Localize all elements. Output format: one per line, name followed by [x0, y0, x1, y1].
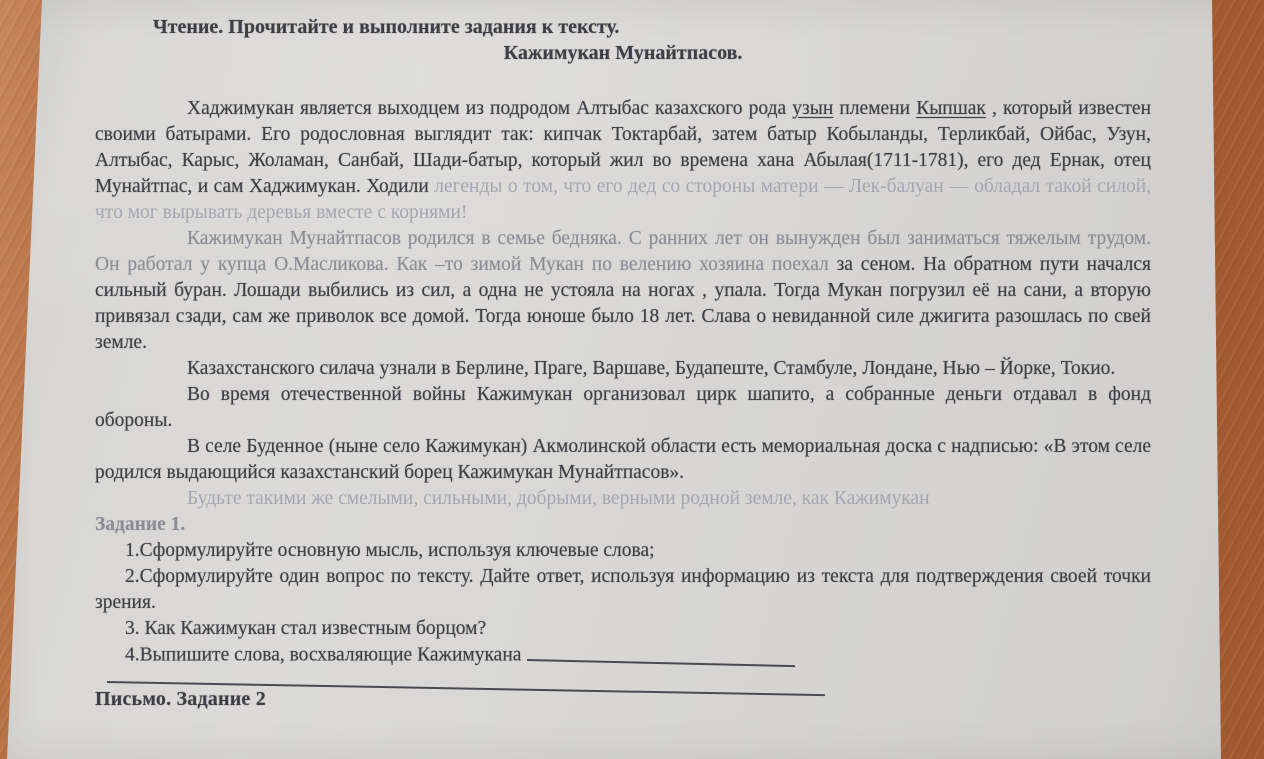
- paper-sheet: Чтение. Прочитайте и выполните задания к…: [0, 0, 1264, 759]
- paragraph-memorial: В селе Буденное (ныне село Кажимукан) Ак…: [95, 434, 1151, 486]
- paragraph-motto: Будьте такими же смелыми, сильными, добр…: [95, 486, 1151, 512]
- reading-header: Чтение. Прочитайте и выполните задания к…: [153, 14, 1151, 40]
- desk-background: Чтение. Прочитайте и выполните задания к…: [0, 0, 1264, 759]
- paragraph-origin-seg1: Хаджимукан является выходцем из подродом…: [187, 98, 792, 119]
- task-item-4: 4.Выпишите слова, восхваляющие Кажимукан…: [95, 642, 1151, 669]
- task-item-4-label: 4.Выпишите слова, восхваляющие Кажимукан…: [125, 645, 521, 666]
- task-item-2: 2.Сформулируйте один вопрос по тексту. Д…: [95, 564, 1151, 616]
- document-content: Чтение. Прочитайте и выполните задания к…: [95, 14, 1151, 712]
- paragraph-birth: Кажимукан Мунайтпасов родился в семье бе…: [95, 226, 1151, 356]
- paragraph-origin-seg2: племени: [833, 98, 916, 119]
- paragraph-origin: Хаджимукан является выходцем из подродом…: [95, 96, 1151, 226]
- underlined-word-uzyn: узын: [792, 98, 833, 119]
- task-item-3: 3. Как Кажимукан стал известным борцом?: [95, 616, 1151, 642]
- text-title: Кажимукан Мунайтпасов.: [95, 40, 1151, 66]
- footer-writing-task: Письмо. Задание 2: [95, 686, 1151, 712]
- paragraph-fame-cities: Казахстанского силача узнали в Берлине, …: [95, 356, 1151, 382]
- fill-in-blank[interactable]: [527, 642, 795, 667]
- underlined-word-kypshak: Кыпшак: [916, 98, 986, 119]
- paragraph-war: Во время отечественной войны Кажимукан о…: [95, 382, 1151, 434]
- task-item-1: 1.Сформулируйте основную мысль, использу…: [95, 538, 1151, 564]
- task-section-label: Задание 1.: [95, 512, 1151, 538]
